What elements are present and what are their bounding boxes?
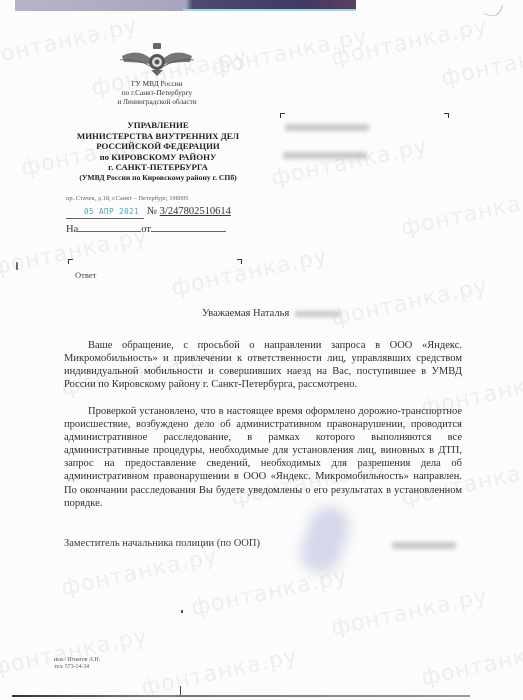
address-bracket xyxy=(68,259,73,264)
letterhead-address: пр. Стачек, д.18, г.Санкт – Петербург, 1… xyxy=(66,195,188,202)
dept-line: г. САНКТ-ПЕТЕРБУРГА xyxy=(60,162,256,173)
executor-name: исп.: Игнатов А.Н. xyxy=(54,657,100,664)
scan-mark xyxy=(16,262,18,270)
dept-line: МИНИСТЕРСТВА ВНУТРЕННИХ ДЕЛ xyxy=(60,131,256,142)
address-bracket xyxy=(237,259,242,264)
watermark: фонтанка.ру xyxy=(269,134,430,192)
registration-number: № 3/247802510614 xyxy=(147,206,231,217)
letterhead-color-band xyxy=(15,0,356,11)
paragraph: Ваше обращение, с просьбой о направлении… xyxy=(64,339,462,391)
number-value: 3/247802510614 xyxy=(160,206,231,217)
scan-mark xyxy=(181,610,183,613)
number-label: № xyxy=(147,206,157,217)
recipient-bracket xyxy=(280,113,285,118)
watermark: фонтанка.ру xyxy=(419,634,523,692)
dept-abbreviation: (УМВД России по Кировскому району г. СПб… xyxy=(60,173,256,184)
watermark: фонтанка.ру xyxy=(439,34,523,92)
watermark: фонтанка.ру xyxy=(59,544,220,602)
reply-label: Ответ xyxy=(75,270,96,280)
signature-redacted xyxy=(295,501,354,578)
ot-label: от xyxy=(141,224,151,235)
greeting: Уважаемая Наталья xyxy=(202,308,341,319)
executor-info: исп.: Игнатов А.Н. тел. 573-14-34 xyxy=(54,657,100,671)
letter-body-paragraph-2: Проверкой установлено, что в настоящее в… xyxy=(64,405,462,510)
recipient-bracket xyxy=(444,113,449,118)
signer-title: Заместитель начальника полиции (по ООП) xyxy=(64,538,260,549)
date-underline xyxy=(66,218,144,219)
recipient-redacted-address xyxy=(283,152,367,159)
watermark: фонтанка.ру xyxy=(399,184,523,242)
date-stamp: 05 АПР 2021 xyxy=(84,207,139,216)
greeting-redacted-surname xyxy=(295,311,341,317)
signer-redacted-name xyxy=(392,542,456,549)
registration-line: 05 АПР 2021 № 3/247802510614 xyxy=(66,207,266,219)
handwritten-mark xyxy=(484,0,503,19)
dept-line: УПРАВЛЕНИЕ xyxy=(60,120,256,131)
watermark: фонтанка.ру xyxy=(0,624,150,682)
watermark: фонтанка.ру xyxy=(169,244,330,302)
executor-phone: тел. 573-14-34 xyxy=(54,664,100,671)
watermark: фонтанка.ру xyxy=(209,24,370,82)
watermark: фонтанка.ру xyxy=(329,14,490,72)
paragraph: Проверкой установлено, что в настоящее в… xyxy=(64,405,462,510)
letterhead-department: УПРАВЛЕНИЕ МИНИСТЕРСТВА ВНУТРЕННИХ ДЕЛ Р… xyxy=(60,120,256,184)
mvd-emblem-icon xyxy=(118,40,196,78)
org-line: по г.Санкт-Петербургу xyxy=(62,88,252,97)
org-line: ГУ МВД России xyxy=(62,79,252,88)
dept-line: по КИРОВСКОМУ РАЙОНУ xyxy=(60,152,256,163)
dept-line: РОССИЙСКОЙ ФЕДЕРАЦИИ xyxy=(60,141,256,152)
recipient-redacted-name xyxy=(285,124,369,131)
ot-blank xyxy=(151,221,226,232)
org-line: и Ленинградской области xyxy=(62,97,252,106)
reference-line: Наот xyxy=(66,221,246,235)
letter-body-paragraph-1: Ваше обращение, с просьбой о направлении… xyxy=(64,339,462,391)
scanned-letter-page: фонтанка.ру фонтанка.ру фонтанка.ру фонт… xyxy=(0,0,523,700)
watermark: фонтанка.ру xyxy=(329,584,490,642)
letterhead-org: ГУ МВД России по г.Санкт-Петербургу и Ле… xyxy=(62,79,252,106)
watermark: фонтанка.ру xyxy=(139,644,300,700)
watermark: фонтанка.ру xyxy=(329,274,490,332)
greeting-text: Уважаемая Наталья xyxy=(202,308,289,319)
scan-bottom-edge xyxy=(12,695,470,697)
na-blank xyxy=(78,221,141,232)
na-label: На xyxy=(66,224,78,235)
